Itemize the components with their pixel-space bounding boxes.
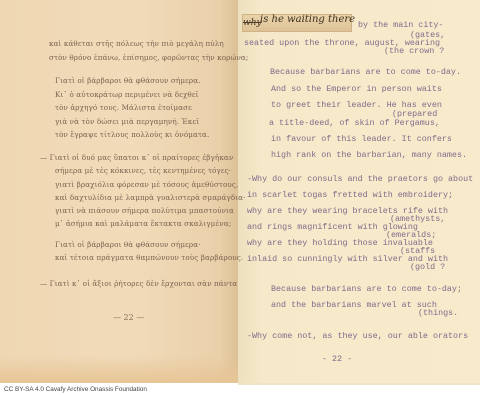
greek-line: μ᾿ ἀσήμια καὶ μαλάματα ἔκτακτα σκαλιγμέν… bbox=[55, 219, 231, 228]
greek-line: Γιατὶ οἱ βάρβαροι θὰ φθάσουν σήμερα· bbox=[55, 240, 201, 249]
typed-line: (the crown ? bbox=[384, 46, 444, 56]
typed-line: (things. bbox=[418, 308, 458, 318]
typed-line: And so the Emperor in person waits bbox=[271, 84, 442, 94]
greek-line: τὸν ἔγραψε τίτλους πολλοὺς κι ὀνόματα. bbox=[55, 130, 209, 139]
handwritten-insertion: is he waiting there bbox=[260, 14, 355, 25]
greek-line: Κι᾿ ὁ αὐτοκράτωρ περιμένει νὰ δεχθεῖ bbox=[55, 90, 199, 99]
greek-line: καὶ δαχτυλίδια μὲ λαμπρὰ γυαλιστερὰ σμαρ… bbox=[55, 193, 246, 202]
typed-line: and the barbarians marvel at such bbox=[271, 300, 437, 310]
greek-line: στὸν θρόνο ἐπάνω, ἐπίσημος, φορῶντας τὴν… bbox=[49, 53, 248, 62]
typed-line: in scarlet togas fretted with embroidery… bbox=[247, 190, 453, 200]
typed-line: a title-deed, of skin of Pergamus, bbox=[269, 118, 440, 128]
typed-line: by the main city- bbox=[358, 20, 443, 30]
greek-line: καὶ τέτοια πράγματα θαμπώνουν τοὺς βαρβά… bbox=[55, 253, 243, 262]
greek-line: γιατὶ βραχιόλια φόρεσαν μὲ τόσους ἀμεθύσ… bbox=[55, 180, 238, 189]
greek-line: καὶ κάθεται στῆς πόλεως τὴν πιὸ μεγάλη π… bbox=[49, 39, 224, 48]
greek-line: — Γιατὶ κ᾿ οἱ ἄξιοι ῥήτορες δὲν ἔρχονται… bbox=[40, 279, 237, 288]
typed-line: in favour of this leader. It confers bbox=[271, 134, 452, 144]
struck-word: why bbox=[243, 18, 262, 28]
greek-line: — Γιατὶ οἱ δυό μας ὕπατοι κ᾿ οἱ πραίτορε… bbox=[40, 153, 233, 162]
typed-line: high rank on the barbarian, many names. bbox=[271, 150, 467, 160]
greek-line: γιατὶ νὰ πιάσουν σήμερα πολύτιμα μπαστού… bbox=[55, 206, 234, 215]
greek-line: τὸν ἀρχηγό τους. Μάλιστα ἑτοίμασε bbox=[55, 103, 192, 112]
typed-line: -Why come not, as they use, our able ora… bbox=[247, 331, 468, 341]
license-credit: CC BY-SA 4.0 Cavafy Archive Onassis Foun… bbox=[4, 386, 147, 393]
typed-line: Because barbarians are to come to-day. bbox=[270, 67, 461, 77]
left-page-number: — 22 — bbox=[113, 313, 144, 322]
right-page-number: - 22 - bbox=[322, 354, 352, 364]
greek-line: σήμερα μὲ τὲς κόκκινες, τὲς κεντημένες τ… bbox=[55, 166, 231, 175]
typed-line: Because barbarians are to come to-day; bbox=[271, 284, 462, 294]
typed-line: -Why do our consuls and the praetors go … bbox=[247, 174, 473, 184]
greek-line: γιὰ νὰ τὸν δώσει μιὰ περγαμηνή. Ἐκεῖ bbox=[55, 117, 199, 126]
typed-line: (gold ? bbox=[410, 262, 445, 272]
greek-line: Γιατὶ οἱ βάρβαροι θὰ φθάσουν σήμερα. bbox=[55, 76, 201, 85]
